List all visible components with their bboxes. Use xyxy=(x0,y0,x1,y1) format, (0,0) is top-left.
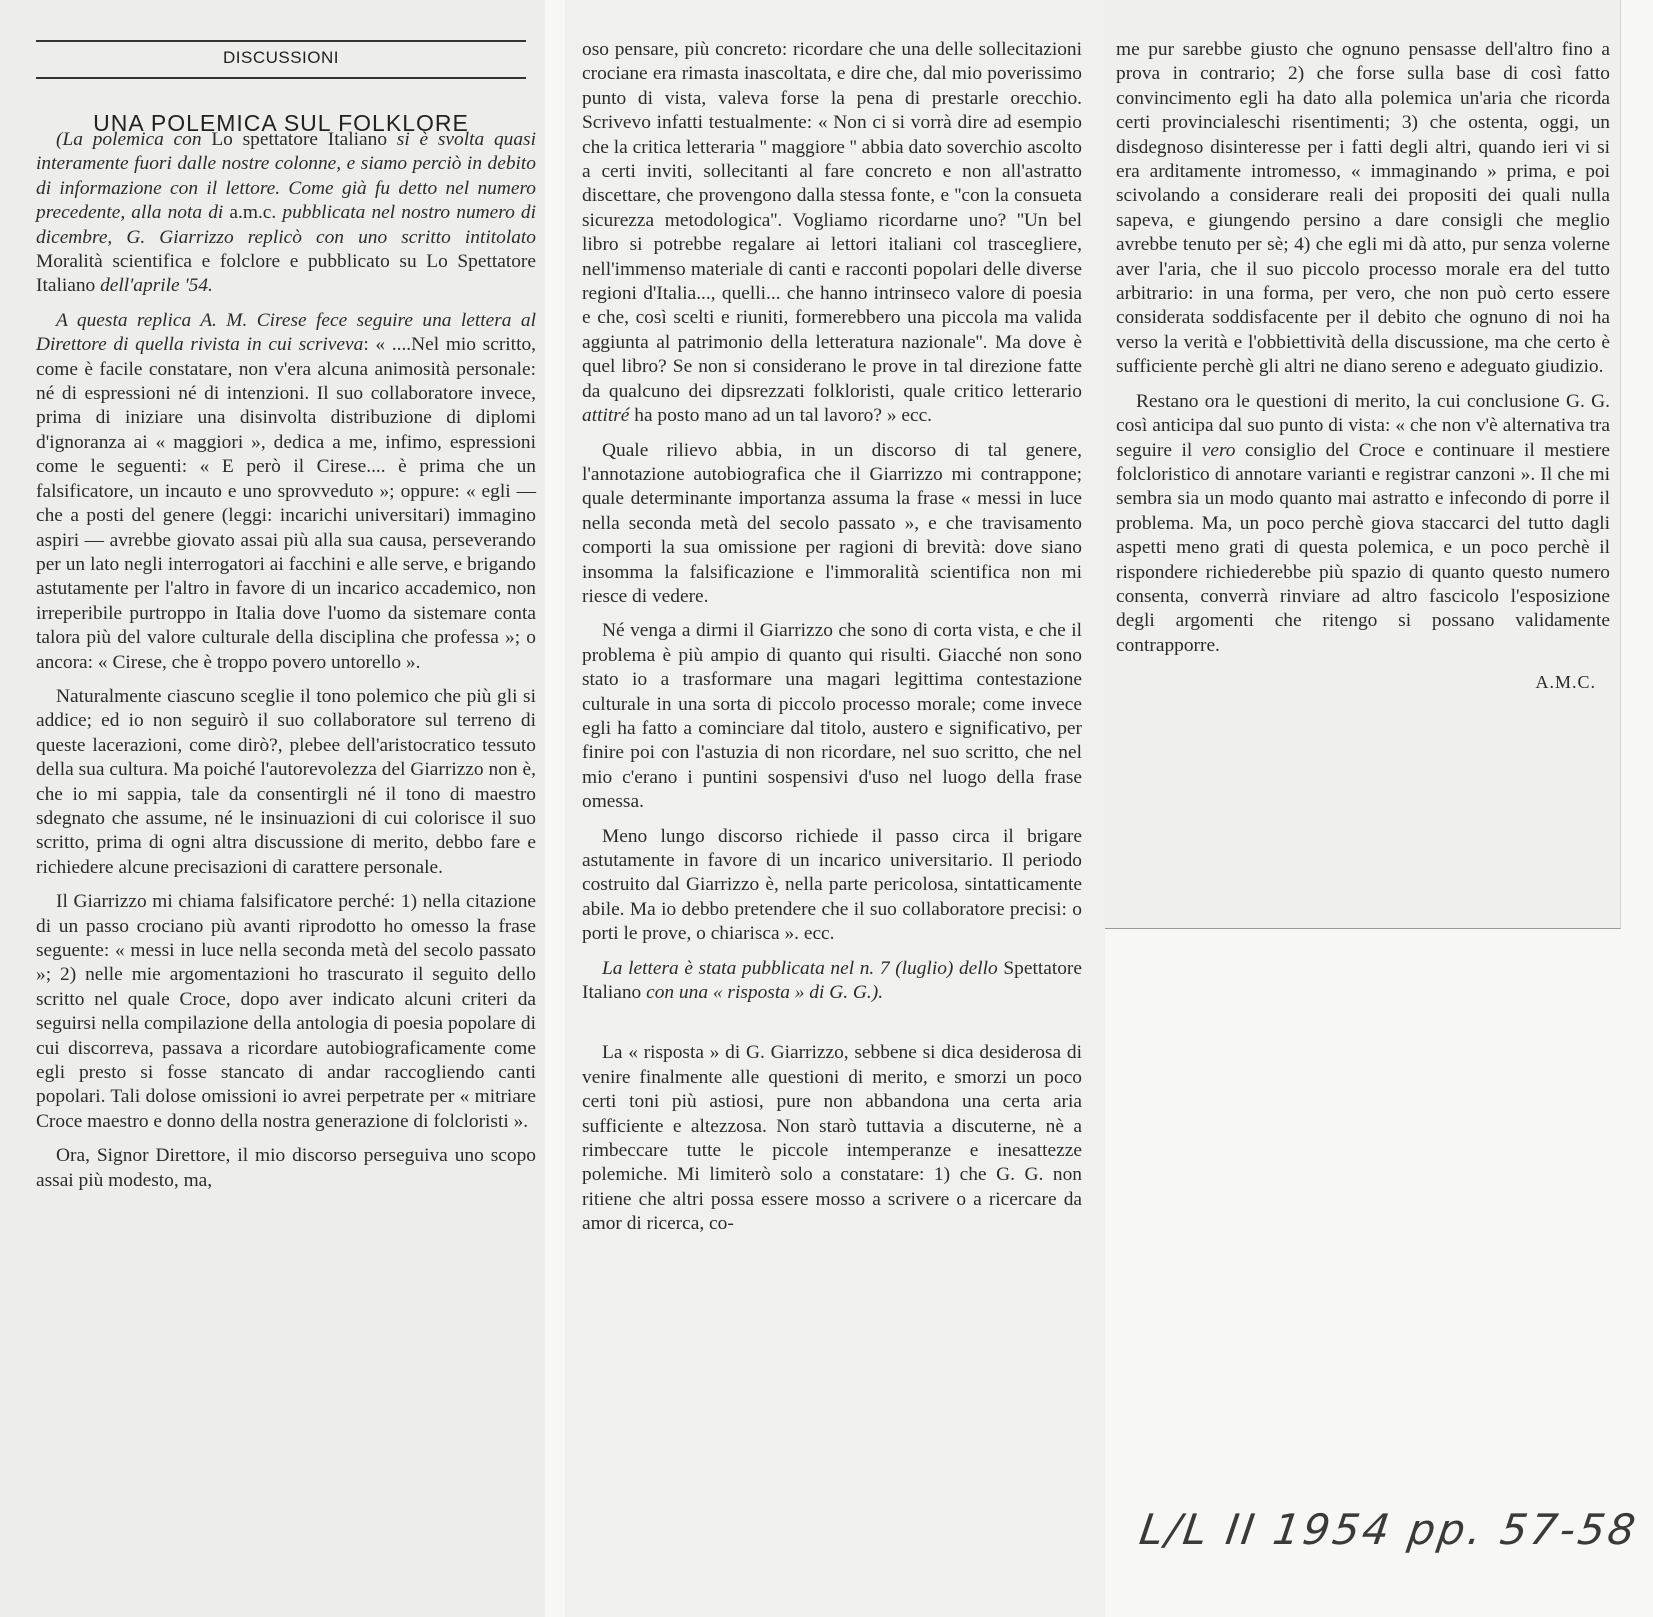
right-column-text: me pur sarebbe giusto che ognuno pensass… xyxy=(1116,38,1610,695)
paragraph-text: ha posto mano ad un tal lavoro? » ecc. xyxy=(634,405,932,426)
middle-column-text: oso pensare, più concreto: ricordare che… xyxy=(582,38,1082,1247)
paragraph: Ora, Signor Direttore, il mio discorso p… xyxy=(36,1144,536,1193)
article-reference: Moralità scientifica e folclore xyxy=(36,251,280,272)
letter-quote: : « ....Nel mio scritto, come è facile c… xyxy=(36,334,536,672)
journal-name: Lo spettatore Italiano xyxy=(211,129,387,150)
paragraph: Meno lungo discorso richiede il passo ci… xyxy=(582,825,1082,947)
note-text: con una « risposta » di G. G.). xyxy=(641,982,883,1003)
author-initials: a.m.c. xyxy=(229,202,276,223)
paragraph: Né venga a dirmi il Giarrizzo che sono d… xyxy=(582,619,1082,814)
header-rule-bottom xyxy=(36,77,526,79)
paragraph: Il Giarrizzo mi chiama falsificatore per… xyxy=(36,890,536,1134)
author-signature: A.M.C. xyxy=(1116,670,1610,694)
note-text: La lettera è stata pubblicata nel n. 7 (… xyxy=(602,958,1003,979)
italic-term: vero xyxy=(1202,440,1236,461)
left-column-text: (La polemica con Lo spettatore Italiano … xyxy=(36,128,536,1203)
paragraph: La « risposta » di G. Giarrizzo, sebbene… xyxy=(582,1041,1082,1236)
intro-text: e pubblicato su xyxy=(280,251,426,272)
italic-term: attitré xyxy=(582,405,629,426)
paragraph-text: consiglio del Croce e continuare il mest… xyxy=(1116,440,1610,656)
paragraph: Restano ora le questioni di merito, la c… xyxy=(1116,390,1610,658)
intro-text: (La polemica con xyxy=(56,129,211,150)
paragraph: me pur sarebbe giusto che ognuno pensass… xyxy=(1116,38,1610,380)
letter-intro: A questa replica A. M. Cirese fece segui… xyxy=(36,309,536,675)
handwritten-annotation: L/L II 1954 pp. 57-58 xyxy=(1137,1505,1642,1554)
header-rule-top xyxy=(36,40,526,42)
section-label: DISCUSSIONI xyxy=(36,48,526,68)
intro-text: dell'aprile '54. xyxy=(95,275,213,296)
editorial-intro: (La polemica con Lo spettatore Italiano … xyxy=(36,128,536,299)
section-spacer xyxy=(582,1015,1082,1041)
paragraph: Naturalmente ciascuno sceglie il tono po… xyxy=(36,685,536,880)
paragraph: Quale rilievo abbia, in un discorso di t… xyxy=(582,439,1082,610)
paragraph-text: oso pensare, più concreto: ricordare che… xyxy=(582,39,1082,402)
editorial-note: La lettera è stata pubblicata nel n. 7 (… xyxy=(582,957,1082,1006)
paragraph: oso pensare, più concreto: ricordare che… xyxy=(582,38,1082,429)
